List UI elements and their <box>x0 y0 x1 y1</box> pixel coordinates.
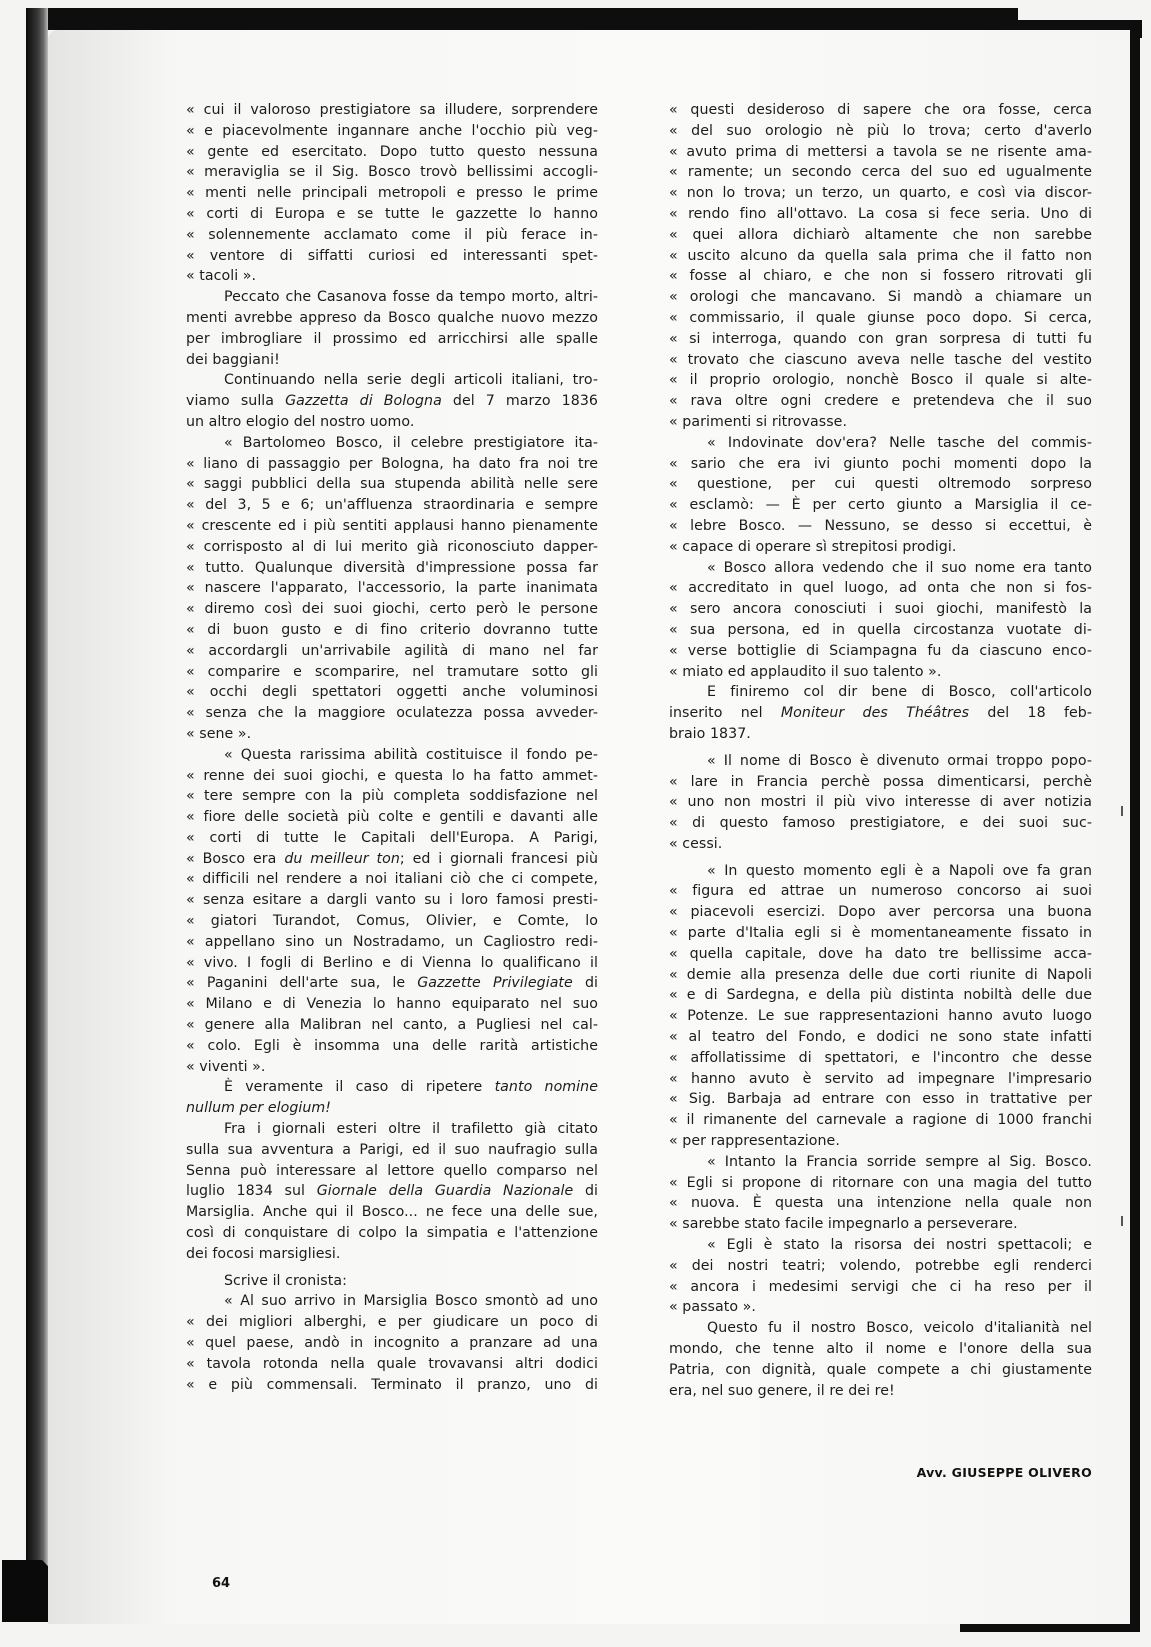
text-line: « sario che era ivi giunto pochi momenti… <box>669 454 1092 475</box>
text-line: era, nel suo genere, il re dei re! <box>669 1381 1092 1402</box>
text-line: « avuto prima di mettersi a tavola se ne… <box>669 142 1092 163</box>
text-line: sulla sua avventura a Parigi, ed il suo … <box>186 1140 598 1161</box>
text-line: « del 3, 5 e 6; un'affluenza straordinar… <box>186 495 598 516</box>
text-line: Fra i giornali esteri oltre il trafilett… <box>186 1119 598 1140</box>
text-line: « Bosco era du meilleur ton; ed i giorna… <box>186 849 598 870</box>
text-line: « sero ancora conosciuti i suoi giochi, … <box>669 599 1092 620</box>
text-line: « fiore delle società più colte e gentil… <box>186 807 598 828</box>
text-line: « accordargli un'arrivabile agilità di m… <box>186 641 598 662</box>
text-line: « quei allora dichiarò altamente che non… <box>669 225 1092 246</box>
text-line: « dei migliori alberghi, e per giudicare… <box>186 1312 598 1333</box>
text-line: « Intanto la Francia sorride sempre al S… <box>669 1152 1092 1173</box>
text-line: « tutto. Qualunque diversità d'impressio… <box>186 558 598 579</box>
text-line: « Egli è stato la risorsa dei nostri spe… <box>669 1235 1092 1256</box>
text-line: « Bosco allora vedendo che il suo nome e… <box>669 558 1092 579</box>
text-line: Questo fu il nostro Bosco, veicolo d'ita… <box>669 1318 1092 1339</box>
page-number: 64 <box>212 1576 230 1591</box>
text-line: « trovato che ciascuno aveva nelle tasch… <box>669 350 1092 371</box>
text-line: dei focosi marsigliesi. <box>186 1244 598 1265</box>
text-line: « lare in Francia perchè possa dimentica… <box>669 772 1092 793</box>
text-line: menti avrebbe appreso da Bosco qualche n… <box>186 308 598 329</box>
text-line: « fosse al chiaro, e che non si fossero … <box>669 266 1092 287</box>
text-line: « piacevoli esercizi. Dopo aver percorsa… <box>669 902 1092 923</box>
text-line: « cessi. <box>669 834 1092 855</box>
text-line: « saggi pubblici della sua stupenda abil… <box>186 474 598 495</box>
text-line: viamo sulla Gazzetta di Bologna del 7 ma… <box>186 391 598 412</box>
text-line: « e di Sardegna, e della più distinta no… <box>669 985 1092 1006</box>
text-line: « liano di passaggio per Bologna, ha dat… <box>186 454 598 475</box>
text-line: « sarebbe stato facile impegnarlo a pers… <box>669 1214 1092 1235</box>
text-line: « giatori Turandot, Comus, Olivier, e Co… <box>186 911 598 932</box>
text-line: nullum per elogium! <box>186 1098 598 1119</box>
text-line: « occhi degli spettatori oggetti anche v… <box>186 682 598 703</box>
text-line: dei baggiani! <box>186 350 598 371</box>
text-line: « corrisposto al di lui merito già ricon… <box>186 537 598 558</box>
text-line: inserito nel Moniteur des Théâtres del 1… <box>669 703 1092 724</box>
text-line: « si interroga, quando con gran sorpresa… <box>669 329 1092 350</box>
text-line: « Sig. Barbaja ad entrare con esso in tr… <box>669 1089 1092 1110</box>
text-line: Marsiglia. Anche qui il Bosco... ne fece… <box>186 1202 598 1223</box>
text-line: « colo. Egli è insomma una delle rarità … <box>186 1036 598 1057</box>
text-line: luglio 1834 sul Giornale della Guardia N… <box>186 1181 598 1202</box>
text-line: « passato ». <box>669 1297 1092 1318</box>
text-line: « ancora i medesimi servigi che ci ha re… <box>669 1277 1092 1298</box>
text-line: « cui il valoroso prestigiatore sa illud… <box>186 100 598 121</box>
text-line: « In questo momento egli è a Napoli ove … <box>669 861 1092 882</box>
text-line: « Egli si propone di ritornare con una m… <box>669 1173 1092 1194</box>
text-line: « hanno avuto è servito ad impegnare l'i… <box>669 1069 1092 1090</box>
text-line: « miato ed applaudito il suo talento ». <box>669 662 1092 683</box>
text-line: « Milano e di Venezia lo hanno equiparat… <box>186 994 598 1015</box>
text-line: « renne dei suoi giochi, e questa lo ha … <box>186 766 598 787</box>
text-line: « Indovinate dov'era? Nelle tasche del c… <box>669 433 1092 454</box>
text-line: « il rimanente del carnevale a ragione d… <box>669 1110 1092 1131</box>
text-line: « per rappresentazione. <box>669 1131 1092 1152</box>
text-line: « rendo fino all'ottavo. La cosa si fece… <box>669 204 1092 225</box>
text-line: « del suo orologio nè più lo trova; cert… <box>669 121 1092 142</box>
text-line: Peccato che Casanova fosse da tempo mort… <box>186 287 598 308</box>
text-line: « gente ed esercitato. Dopo tutto questo… <box>186 142 598 163</box>
text-line: « esclamò: — È per certo giunto a Marsig… <box>669 495 1092 516</box>
text-line: « quella capitale, dove ha dato tre bell… <box>669 944 1092 965</box>
scan-border-left <box>26 8 48 1608</box>
text-line: « corti di tutte le Capitali dell'Europa… <box>186 828 598 849</box>
text-line: « ramente; un secondo cerca del suo ed u… <box>669 162 1092 183</box>
text-line: Scrive il cronista: <box>186 1271 598 1292</box>
text-line: « parimenti si ritrovasse. <box>669 412 1092 433</box>
text-line: « sene ». <box>186 724 598 745</box>
text-line: « meraviglia se il Sig. Bosco trovò bell… <box>186 162 598 183</box>
text-line: « di buon gusto e di fino criterio dovra… <box>186 620 598 641</box>
text-line: « tere sempre con la più completa soddis… <box>186 786 598 807</box>
text-line: « Paganini dell'arte sua, le Gazzette Pr… <box>186 973 598 994</box>
text-line: « demie alla presenza delle due corti ri… <box>669 965 1092 986</box>
text-line: « nuova. È questa una intenzione nella q… <box>669 1193 1092 1214</box>
text-line: « e piacevolmente ingannare anche l'occh… <box>186 121 598 142</box>
text-line: « appellano sino un Nostradamo, un Cagli… <box>186 932 598 953</box>
text-line: Patria, con dignità, quale compete a chi… <box>669 1360 1092 1381</box>
text-line: un altro elogio del nostro uomo. <box>186 412 598 433</box>
text-line: « viventi ». <box>186 1057 598 1078</box>
text-line: « Il nome di Bosco è divenuto ormai trop… <box>669 751 1092 772</box>
text-line: « non lo trova; un terzo, un quarto, e c… <box>669 183 1092 204</box>
text-line: « lebre Bosco. — Nessuno, se desso si ec… <box>669 516 1092 537</box>
scan-border-right <box>1130 28 1140 1630</box>
text-line: « senza che la maggiore oculatezza possa… <box>186 703 598 724</box>
text-line: « questione, per cui questi oltremodo so… <box>669 474 1092 495</box>
text-line: « genere alla Malibran nel canto, a Pugl… <box>186 1015 598 1036</box>
text-line: « tavola rotonda nella quale trovavansi … <box>186 1354 598 1375</box>
text-line: « affollatissime di spettatori, e l'inco… <box>669 1048 1092 1069</box>
text-line: « di questo famoso prestigiatore, e dei … <box>669 813 1092 834</box>
author-signature: Avv. GIUSEPPE OLIVERO <box>860 1465 1092 1480</box>
text-line: « Bartolomeo Bosco, il celebre prestigia… <box>186 433 598 454</box>
text-line: « questi desideroso di sapere che ora fo… <box>669 100 1092 121</box>
text-line: « capace di operare sì strepitosi prodig… <box>669 537 1092 558</box>
text-line: « diremo così dei suoi giochi, certo per… <box>186 599 598 620</box>
text-line: « vivo. I fogli di Berlino e di Vienna l… <box>186 953 598 974</box>
text-line: È veramente il caso di ripetere tanto no… <box>186 1077 598 1098</box>
text-line: « uno non mostri il più vivo interesse d… <box>669 792 1092 813</box>
text-line: Continuando nella serie degli articoli i… <box>186 370 598 391</box>
text-line: « crescente ed i più sentiti applausi ha… <box>186 516 598 537</box>
left-text-column: « cui il valoroso prestigiatore sa illud… <box>186 100 598 1395</box>
scan-border-bottom <box>960 1624 1140 1632</box>
text-line: « solennemente acclamato come il più fer… <box>186 225 598 246</box>
text-line: « accreditato in quel luogo, ad onta che… <box>669 578 1092 599</box>
text-line: per imbrogliare il prossimo ed arricchir… <box>186 329 598 350</box>
text-line: « uscito alcuno da quella sala prima che… <box>669 246 1092 267</box>
text-line: così di conquistare di colpo la simpatia… <box>186 1223 598 1244</box>
text-line: « quel paese, andò in incognito a pranza… <box>186 1333 598 1354</box>
text-line: « sua persona, ed in quella circostanza … <box>669 620 1092 641</box>
text-line: « comparire e scomparire, nel tramutare … <box>186 662 598 683</box>
text-line: « al teatro del Fondo, e dodici ne sono … <box>669 1027 1092 1048</box>
text-line: « rava oltre ogni credere e pretendeva c… <box>669 391 1092 412</box>
text-line: mondo, che tenne alto il nome e l'onore … <box>669 1339 1092 1360</box>
margin-mark <box>1121 806 1123 816</box>
text-line: Senna può interessare al lettore quello … <box>186 1161 598 1182</box>
text-line: « parte d'Italia egli si è momentaneamen… <box>669 923 1092 944</box>
text-line: « Questa rarissima abilità costituisce i… <box>186 745 598 766</box>
text-line: « senza esitare a dargli vanto su i loro… <box>186 890 598 911</box>
text-line: « il proprio orologio, nonchè Bosco il q… <box>669 370 1092 391</box>
text-line: « e più commensali. Terminato il pranzo,… <box>186 1375 598 1396</box>
text-line: braio 1837. <box>669 724 1092 745</box>
text-line: « menti nelle principali metropoli e pre… <box>186 183 598 204</box>
right-text-column: « questi desideroso di sapere che ora fo… <box>669 100 1092 1401</box>
text-line: « Al suo arrivo in Marsiglia Bosco smont… <box>186 1291 598 1312</box>
margin-mark <box>1121 1216 1123 1226</box>
text-line: E finiremo col dir bene di Bosco, coll'a… <box>669 682 1092 703</box>
text-line: « commissario, il quale giunse poco dopo… <box>669 308 1092 329</box>
scan-border-top <box>28 8 1018 30</box>
text-line: « tacoli ». <box>186 266 598 287</box>
text-line: « orologi che mancavano. Si mandò a chia… <box>669 287 1092 308</box>
text-line: « corti di Europa e se tutte le gazzette… <box>186 204 598 225</box>
text-line: « Potenze. Le sue rappresentazioni hanno… <box>669 1006 1092 1027</box>
text-line: « figura ed attrae un numeroso concorso … <box>669 881 1092 902</box>
text-line: « verse bottiglie di Sciampagna fu da ci… <box>669 641 1092 662</box>
text-line: « ventore di siffatti curiosi ed interes… <box>186 246 598 267</box>
text-line: « nascere l'apparato, l'accessorio, la p… <box>186 578 598 599</box>
text-line: « dei nostri teatri; volendo, potrebbe e… <box>669 1256 1092 1277</box>
text-line: « difficili nel rendere a noi italiani c… <box>186 869 598 890</box>
